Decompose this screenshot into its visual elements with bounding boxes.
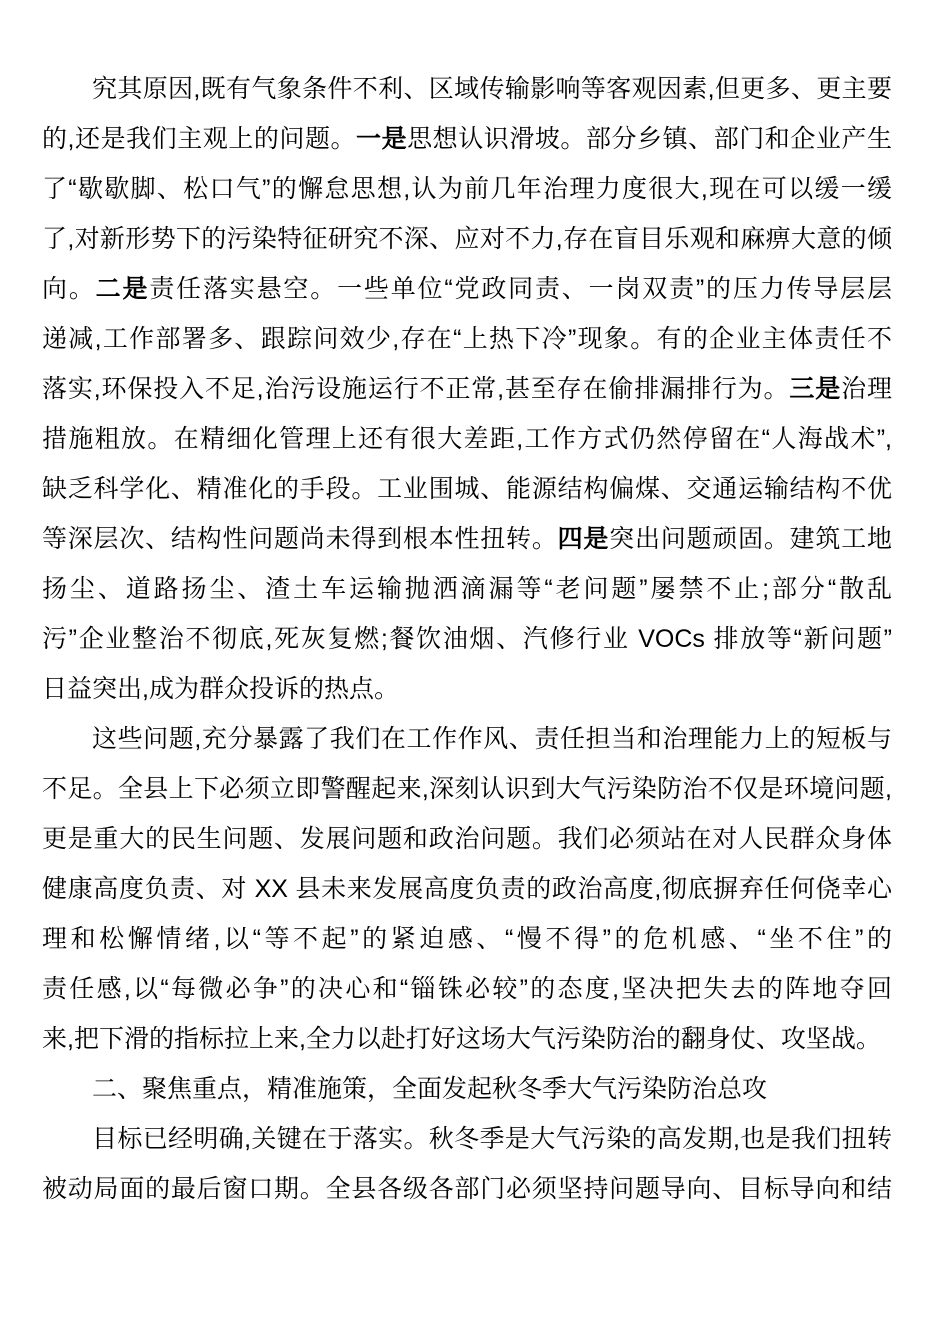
text-line: 不足。全县上下必须立即警醒起来,深刻认识到大气污染防治不仅是环境问题, [42,764,892,814]
emphasis-text: 二是 [96,275,150,303]
body-text: 了,对新形势下的污染特征研究不深、应对不力,存在盲目乐观和麻痹大意的倾 [42,225,892,253]
body-text: 来,把下滑的指标拉上来,全力以赴打好这场大气污染防治的翻身仗、攻坚战。 [42,1025,881,1053]
body-text: 等深层次、结构性问题尚未得到根本性扭转。 [42,525,558,553]
document-body: 究其原因,既有气象条件不利、区域传输影响等客观因素,但更多、更主要的,还是我们主… [42,64,892,1214]
emphasis-text: 三是 [789,375,841,403]
body-text: 理和松懈情绪,以“等不起”的紧迫感、“慢不得”的危机感、“坐不住”的 [42,925,892,953]
body-text: 了“歇歇脚、松口气”的懈怠思想,认为前几年治理力度很大,现在可以缓一缓 [42,175,892,203]
body-text: 污”企业整治不彻底,死灰复燃;餐饮油烟、汽修行业 VOCs 排放等“新问题” [42,625,892,653]
text-line: 被动局面的最后窗口期。全县各级各部门必须坚持问题导向、目标导向和结 [42,1164,892,1214]
document-page: 究其原因,既有气象条件不利、区域传输影响等客观因素,但更多、更主要的,还是我们主… [0,0,950,1344]
text-line: 措施粗放。在精细化管理上还有很大差距,工作方式仍然停留在“人海战术”, [42,414,892,464]
emphasis-text: 四是 [558,525,610,553]
body-text: 二、聚焦重点，精准施策，全面发起秋冬季大气污染防治总攻 [92,1075,767,1103]
text-line: 更是重大的民生问题、发展问题和政治问题。我们必须站在对人民群众身体 [42,814,892,864]
text-line: 缺乏科学化、精准化的手段。工业围城、能源结构偏煤、交通运输结构不优 [42,464,892,514]
section-heading: 二、聚焦重点，精准施策，全面发起秋冬季大气污染防治总攻 [42,1064,892,1114]
body-text: 目标已经明确,关键在于落实。秋冬季是大气污染的高发期,也是我们扭转 [92,1125,892,1153]
body-text: 责任感,以“每微必争”的决心和“锱铢必较”的态度,坚决把失去的阵地夺回 [42,975,892,1003]
body-text: 治理 [841,375,892,403]
text-line: 理和松懈情绪,以“等不起”的紧迫感、“慢不得”的危机感、“坐不住”的 [42,914,892,964]
text-line: 落实,环保投入不足,治污设施运行不正常,甚至存在偷排漏排行为。三是治理 [42,364,892,414]
body-text: 究其原因,既有气象条件不利、区域传输影响等客观因素,但更多、更主要 [92,75,892,103]
body-text: 思想认识滑坡。部分乡镇、部门和企业产生 [407,125,892,153]
text-line: 责任感,以“每微必争”的决心和“锱铢必较”的态度,坚决把失去的阵地夺回 [42,964,892,1014]
text-line: 递减,工作部署多、跟踪问效少,存在“上热下冷”现象。有的企业主体责任不 [42,314,892,364]
body-text: 递减,工作部署多、跟踪问效少,存在“上热下冷”现象。有的企业主体责任不 [42,325,892,353]
body-text: 不足。全县上下必须立即警醒起来,深刻认识到大气污染防治不仅是环境问题, [42,775,892,803]
text-line: 等深层次、结构性问题尚未得到根本性扭转。四是突出问题顽固。建筑工地 [42,514,892,564]
text-line: 究其原因,既有气象条件不利、区域传输影响等客观因素,但更多、更主要 [42,64,892,114]
body-text: 缺乏科学化、精准化的手段。工业围城、能源结构偏煤、交通运输结构不优 [42,475,892,503]
text-line: 目标已经明确,关键在于落实。秋冬季是大气污染的高发期,也是我们扭转 [42,1114,892,1164]
body-text: 突出问题顽固。建筑工地 [609,525,892,553]
text-line: 了“歇歇脚、松口气”的懈怠思想,认为前几年治理力度很大,现在可以缓一缓 [42,164,892,214]
body-text: 的,还是我们主观上的问题。 [42,125,356,153]
body-text: 措施粗放。在精细化管理上还有很大差距,工作方式仍然停留在“人海战术”, [42,425,892,453]
body-text: 被动局面的最后窗口期。全县各级各部门必须坚持问题导向、目标导向和结 [42,1175,892,1203]
body-text: 日益突出,成为群众投诉的热点。 [42,675,399,703]
text-line: 扬尘、道路扬尘、渣土车运输抛洒滴漏等“老问题”屡禁不止;部分“散乱 [42,564,892,614]
body-text: 这些问题,充分暴露了我们在工作作风、责任担当和治理能力上的短板与 [92,725,892,753]
body-text: 落实,环保投入不足,治污设施运行不正常,甚至存在偷排漏排行为。 [42,375,789,403]
text-line: 了,对新形势下的污染特征研究不深、应对不力,存在盲目乐观和麻痹大意的倾 [42,214,892,264]
text-line: 日益突出,成为群众投诉的热点。 [42,664,892,714]
text-line: 健康高度负责、对 XX 县未来发展高度负责的政治高度,彻底摒弃任何侥幸心 [42,864,892,914]
body-text: 扬尘、道路扬尘、渣土车运输抛洒滴漏等“老问题”屡禁不止;部分“散乱 [42,575,892,603]
body-text: 更是重大的民生问题、发展问题和政治问题。我们必须站在对人民群众身体 [42,825,892,853]
text-line: 来,把下滑的指标拉上来,全力以赴打好这场大气污染防治的翻身仗、攻坚战。 [42,1014,892,1064]
text-line: 向。二是责任落实悬空。一些单位“党政同责、一岗双责”的压力传导层层 [42,264,892,314]
text-line: 的,还是我们主观上的问题。一是思想认识滑坡。部分乡镇、部门和企业产生 [42,114,892,164]
body-text: 向。 [42,275,96,303]
text-line: 这些问题,充分暴露了我们在工作作风、责任担当和治理能力上的短板与 [42,714,892,764]
emphasis-text: 一是 [356,125,407,153]
body-text: 责任落实悬空。一些单位“党政同责、一岗双责”的压力传导层层 [149,275,892,303]
body-text: 健康高度负责、对 XX 县未来发展高度负责的政治高度,彻底摒弃任何侥幸心 [42,875,892,903]
text-line: 污”企业整治不彻底,死灰复燃;餐饮油烟、汽修行业 VOCs 排放等“新问题” [42,614,892,664]
